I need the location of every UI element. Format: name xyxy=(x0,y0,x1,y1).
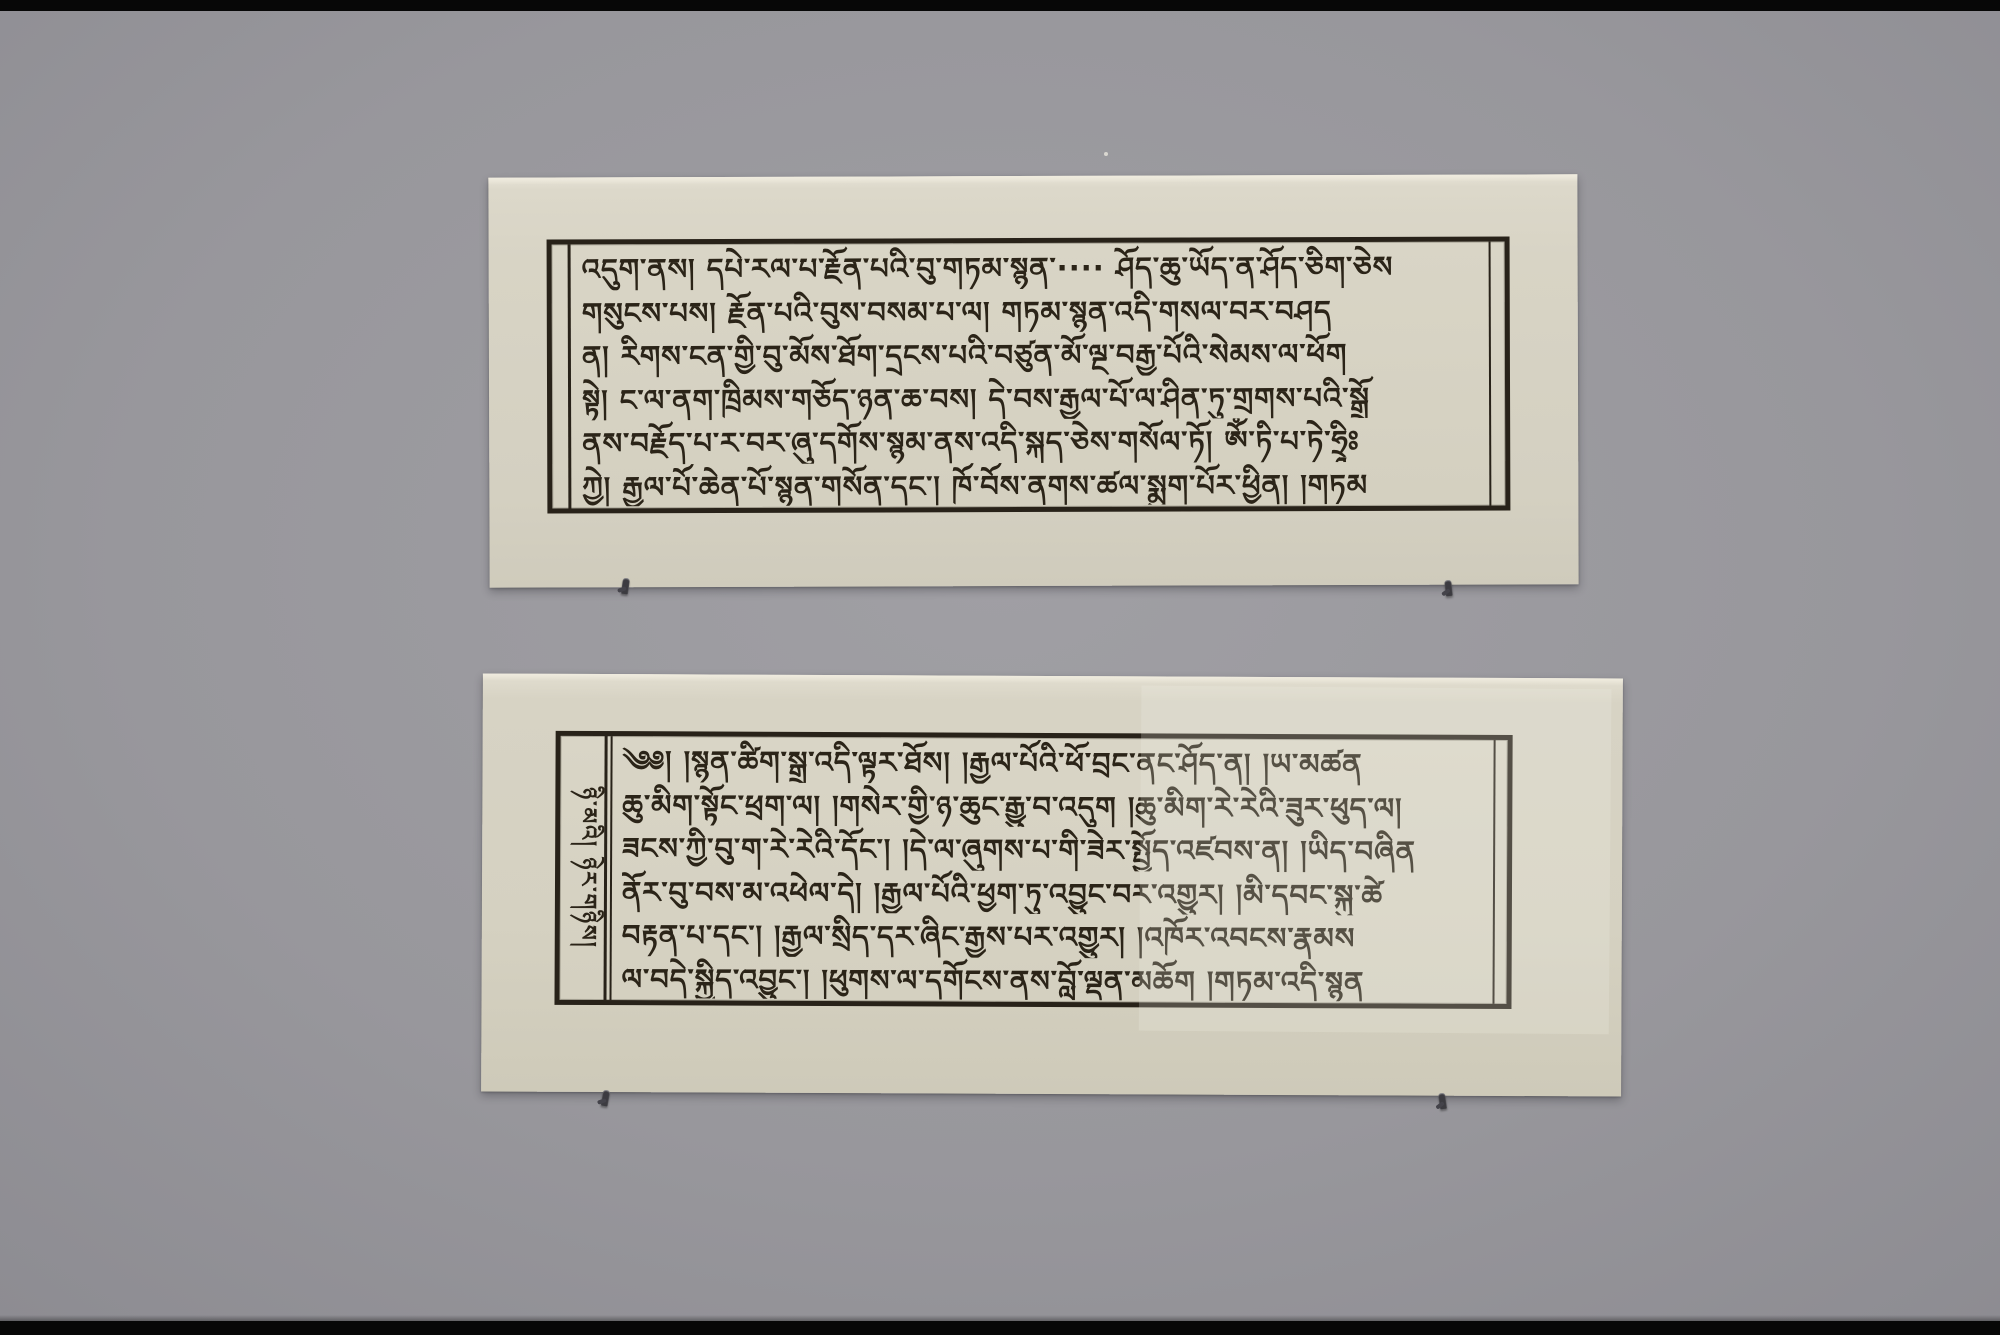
paper-edge-highlight xyxy=(488,174,1577,184)
photograph-of-manuscript-leaves: འདུག་ནས། དཔེ་རལ་པ་རྗོན་པའི་བུ་གཏམ་སྙན་··… xyxy=(0,0,2000,1335)
manuscript-leaf-bottom: ཉི་མའི། ཉེར་གཉིས། ༄༅། །སྙན་ཚིག་སྒྲ་འདི་ལ… xyxy=(481,674,1623,1097)
margin-gutter: ཉི་མའི། ཉེར་གཉིས། xyxy=(559,736,604,1000)
text-line: གསུངས་པས། རྗོན་པའི་བུས་བསམ་པ་ལ། གཏམ་སྙན་… xyxy=(582,287,1481,333)
dust-speck xyxy=(1104,152,1108,156)
margin-title-vertical: ཉི་མའི། ཉེར་གཉིས། xyxy=(559,787,604,949)
photo-top-border xyxy=(0,0,2000,11)
text-frame-top: འདུག་ནས། དཔེ་རལ་པ་རྗོན་པའི་བུ་གཏམ་སྙན་··… xyxy=(547,237,1511,514)
text-line: ན། རིགས་ངན་གྱི་བུ་མོས་ཐོག་དྲངས་པའི་བཙུན་… xyxy=(582,331,1481,377)
text-line: སྟེ། ང་ལ་ནག་ཁྲིམས་གཅོད་ཉན་ཆ་བས། དེ་བས་རྒ… xyxy=(582,374,1481,420)
margin-divider-rule xyxy=(603,736,607,1000)
tibetan-text-block: འདུག་ནས། དཔེ་རལ་པ་རྗོན་པའི་བུ་གཏམ་སྙན་··… xyxy=(582,244,1482,507)
text-line: ནས་བརྗོད་པ་ར་བར་ཞུ་དགོས་སྙམ་ནས་འདི་སྐད་ཅ… xyxy=(582,418,1481,464)
manuscript-leaf-top: འདུག་ནས། དཔེ་རལ་པ་རྗོན་པའི་བུ་གཏམ་སྙན་··… xyxy=(488,174,1578,587)
margin-divider-rule-thin xyxy=(609,736,612,1000)
text-line: ཆུ་མིག་སྟོང་ཕྲག་ལ། །གསེར་གྱི་ཉ་ཆུང་རྒྱུ་… xyxy=(622,782,1485,829)
text-frame-bottom: ཉི་མའི། ཉེར་གཉིས། ༄༅། །སྙན་ཚིག་སྒྲ་འདི་ལ… xyxy=(554,731,1512,1009)
text-line: ཀྱེ། རྒྱལ་པོ་ཆེན་པོ་སྙན་གསོན་དང་། ཁོ་བོས… xyxy=(582,461,1481,506)
photo-bottom-border xyxy=(0,1321,2000,1335)
tibetan-text-block: ༄༅། །སྙན་ཚིག་སྒྲ་འདི་ལྟར་ཐོས། །རྒྱལ་པོའི… xyxy=(622,738,1486,1002)
mounting-pin xyxy=(621,578,630,595)
text-line: བརྟན་པ་དང་། །རྒྱལ་སྲིད་དར་ཞིང་རྒྱས་པར་འག… xyxy=(622,912,1485,959)
frame-left-rule xyxy=(568,244,572,508)
paper-edge-highlight xyxy=(483,674,1623,686)
frame-right-rule xyxy=(1489,242,1492,506)
text-line: འདུག་ནས། དཔེ་རལ་པ་རྗོན་པའི་བུ་གཏམ་སྙན་··… xyxy=(582,244,1481,290)
mounting-pin xyxy=(601,1090,611,1107)
text-line: ལ་བདེ་སྐྱིད་འབྱུང་། །ཕུགས་ལ་དགོངས་ནས་བློ… xyxy=(622,956,1485,1002)
frame-right-rule xyxy=(1492,740,1495,1004)
text-line: ནོར་བུ་བས་མ་འཕེལ་དེ། །རྒྱལ་པོའི་ཕྱག་ཏུ་འ… xyxy=(622,869,1485,916)
text-line: ༄༅། །སྙན་ཚིག་སྒྲ་འདི་ལྟར་ཐོས། །རྒྱལ་པོའི… xyxy=(622,738,1485,785)
text-line: ཟངས་ཀྱི་བུ་ག་རེ་རེའི་དོང་། །དེ་ལ་ཞུགས་པ་… xyxy=(622,825,1485,872)
